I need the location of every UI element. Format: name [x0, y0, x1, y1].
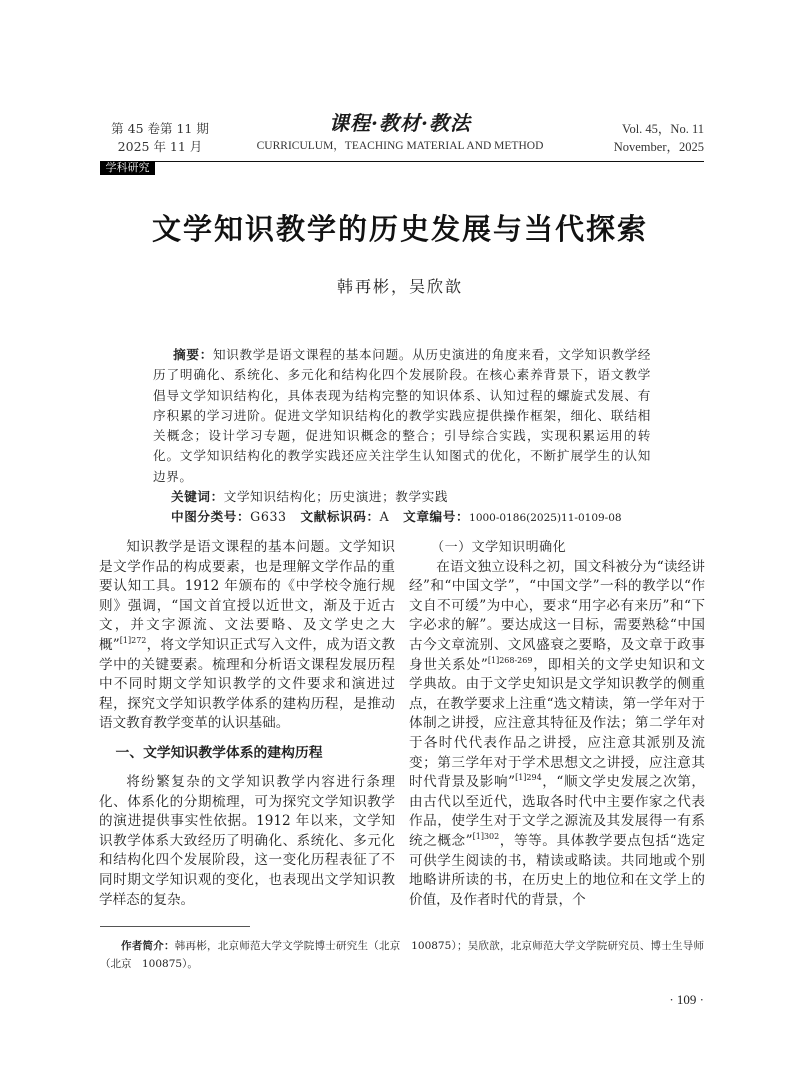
- abstract-block: 摘要：知识教学是语文课程的基本问题。从历史演进的角度来看，文学知识教学经历了明确…: [153, 345, 651, 529]
- volume-issue: 第 45 卷第 11 期: [100, 120, 220, 138]
- issue-date: 2025 年 11 月: [100, 138, 220, 156]
- citation: [1]294: [515, 773, 542, 782]
- keywords-label: 关键词：: [171, 489, 224, 504]
- article-title: 文学知识教学的历史发展与当代探索: [0, 207, 800, 248]
- article-authors: 韩再彬，吴欣歆: [0, 274, 800, 297]
- abstract-label: 摘要：: [173, 347, 213, 362]
- journal-title-en: CURRICULUM，TEACHING MATERIAL AND METHOD: [230, 137, 570, 155]
- header-rule: [100, 161, 704, 162]
- section1-paragraph: 将纷繁复杂的文学知识教学内容进行条理化、体系化的分期梳理，可为探究文学知识教学的…: [99, 773, 395, 910]
- subsection-heading: （一）文学知识明确化: [409, 538, 705, 558]
- footnote-label: 作者简介：: [121, 940, 175, 952]
- paragraph-text-a: 在语文独立设科之初，国文科被分为“读经讲经”和“中国文学”，“中国文学”一科的教…: [409, 559, 705, 673]
- intro-paragraph: 知识教学是语文课程的基本问题。文学知识是文学作品的构成要素，也是理解文学作品的重…: [99, 538, 395, 734]
- citation: [1]272: [120, 636, 147, 645]
- doc-code-value: A: [380, 509, 390, 524]
- issue-info-en: Vol. 45，No. 11 November，2025: [580, 120, 704, 156]
- issue-date-en: November，2025: [580, 138, 704, 156]
- article-no-label: 文章编号：: [403, 509, 469, 524]
- citation: [1]302: [473, 832, 500, 841]
- doc-code-label: 文献标识码：: [300, 509, 379, 524]
- body-column-left: 知识教学是语文课程的基本问题。文学知识是文学作品的构成要素，也是理解文学作品的重…: [99, 538, 395, 910]
- section-tag: 学科研究: [100, 161, 155, 175]
- section-heading-1: 一、文学知识教学体系的建构历程: [99, 743, 395, 763]
- citation: [1]268-269: [488, 656, 533, 665]
- keywords: 关键词：文学知识结构化；历史演进；教学实践: [153, 487, 651, 507]
- classification-line: 中图分类号：G633 文献标识码：A 文章编号：1000-0186(2025)1…: [153, 507, 651, 528]
- clc-value: G633: [250, 509, 287, 524]
- keywords-text: 文学知识结构化；历史演进；教学实践: [224, 489, 448, 504]
- journal-title-cn: 课程·教材·教法: [230, 111, 570, 135]
- paragraph-text-b: ，即相关的文学史知识和文学典故。由于文学史知识是文学知识教学的侧重点，在教学要求…: [409, 657, 705, 791]
- footnote-rule: [100, 926, 250, 927]
- subsection-paragraph: 在语文独立设科之初，国文科被分为“读经讲经”和“中国文学”，“中国文学”一科的教…: [409, 558, 705, 911]
- abstract-text: 知识教学是语文课程的基本问题。从历史演进的角度来看，文学知识教学经历了明确化、系…: [153, 347, 651, 484]
- article-no-value: 1000-0186(2025)11-0109-08: [469, 512, 621, 524]
- footnote-text: 韩再彬，北京师范大学文学院博士研究生（北京 100875）；吴欣歆，北京师范大学…: [100, 940, 704, 970]
- intro-text-b: ，将文学知识正式写入文件，成为语文教学中的关键要素。梳理和分析语文课程发展历程中…: [99, 637, 395, 731]
- body-column-right: （一）文学知识明确化 在语文独立设科之初，国文科被分为“读经讲经”和“中国文学”…: [409, 538, 705, 910]
- page-number: · 109 ·: [640, 992, 704, 1008]
- abstract: 摘要：知识教学是语文课程的基本问题。从历史演进的角度来看，文学知识教学经历了明确…: [153, 345, 651, 487]
- volume-issue-en: Vol. 45，No. 11: [580, 120, 704, 138]
- author-footnote: 作者简介：韩再彬，北京师范大学文学院博士研究生（北京 100875）；吴欣歆，北…: [100, 937, 704, 973]
- journal-masthead: 课程·教材·教法 CURRICULUM，TEACHING MATERIAL AN…: [230, 111, 570, 155]
- clc-label: 中图分类号：: [171, 509, 250, 524]
- issue-info: 第 45 卷第 11 期 2025 年 11 月: [100, 120, 220, 156]
